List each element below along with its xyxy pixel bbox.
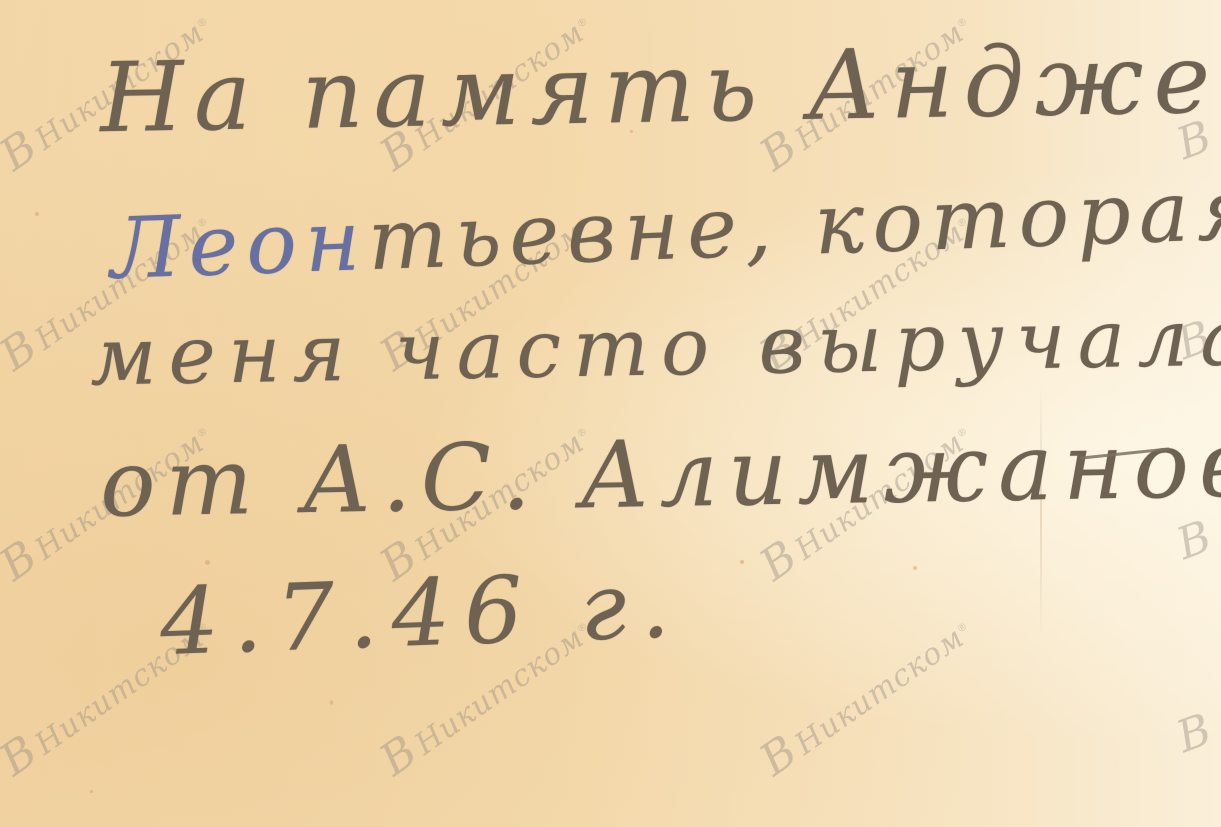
inscription-line-3: меня часто выручала. [89, 289, 1221, 403]
paper-speck [740, 560, 744, 564]
watermark-initial: В [1170, 511, 1218, 570]
paper-speck [913, 566, 917, 570]
inscription-line-2: Леонтьевне, которая [109, 160, 1221, 298]
watermark-initial: В [1170, 704, 1218, 763]
blue-ink-fragment: Леон [109, 191, 370, 298]
paper-speck [205, 560, 210, 565]
signature: от А.С. Алимжанова [99, 409, 1221, 537]
paper-speck [90, 790, 93, 793]
inscription-line-1: На память Анджелине [99, 18, 1221, 154]
paper-speck [35, 212, 39, 216]
inscription-line-2-rest: тьевне, которая [366, 160, 1221, 289]
inscription-date: 4.7.46 г. [158, 551, 685, 676]
watermark: ВНикитском® [751, 603, 982, 786]
paper-speck [330, 700, 333, 705]
aged-paper-sheet: ВНикитском® ВНикитском® ВНикитском® ВНик… [0, 0, 1221, 827]
